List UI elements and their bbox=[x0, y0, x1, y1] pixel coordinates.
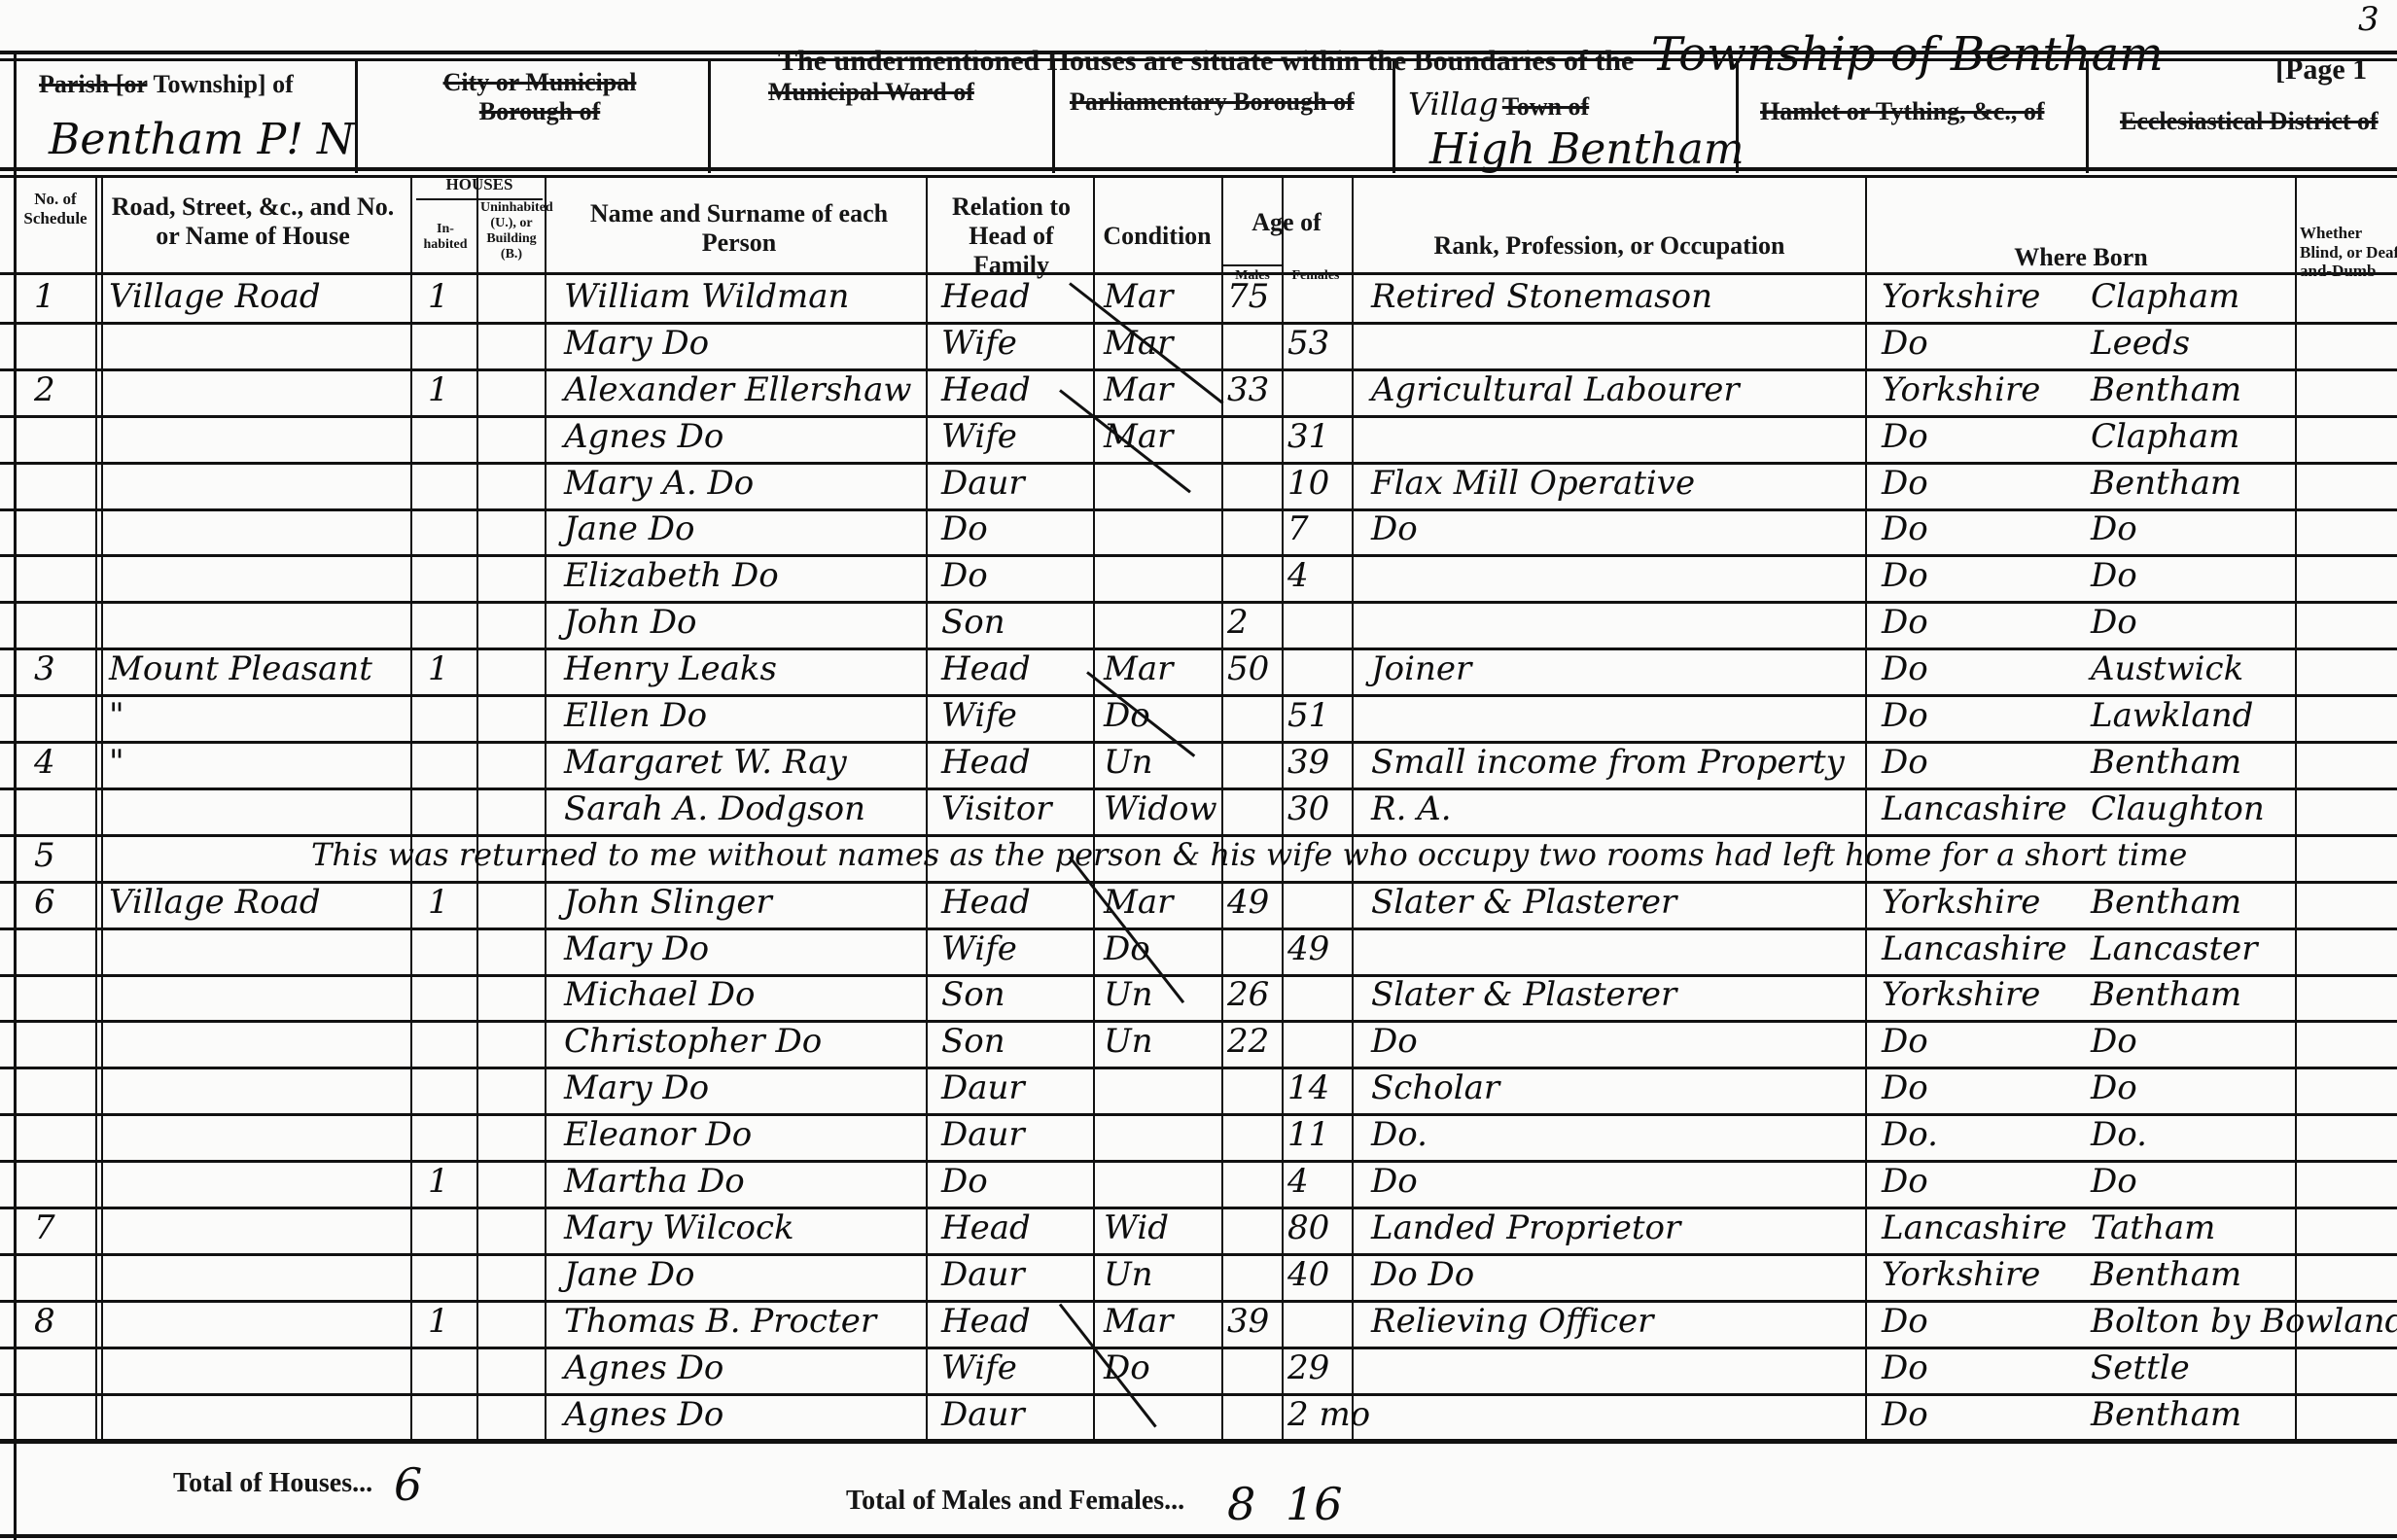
relation: Wife bbox=[941, 696, 1017, 735]
born-place: Do bbox=[2091, 1162, 2137, 1201]
born-county: Do bbox=[1882, 1022, 1928, 1061]
born-county: Do bbox=[1882, 1395, 1928, 1434]
inhabited-count: 1 bbox=[428, 277, 449, 316]
born-place: Do. bbox=[2091, 1115, 2147, 1154]
total-males-value: 8 bbox=[1227, 1478, 1255, 1530]
road-name: " bbox=[109, 743, 124, 782]
occupation: Do bbox=[1371, 1022, 1418, 1061]
born-county: Do bbox=[1882, 417, 1928, 456]
col-name: Name and Surname of each Person bbox=[554, 199, 924, 258]
relation: Son bbox=[941, 975, 1005, 1014]
born-place: Clapham bbox=[2091, 417, 2239, 456]
row-rule bbox=[0, 462, 2397, 465]
person-name: Agnes Do bbox=[564, 1348, 723, 1387]
born-place: Austwick bbox=[2091, 649, 2243, 688]
born-county: Do bbox=[1882, 1348, 1928, 1387]
occupation: Do Do bbox=[1371, 1255, 1474, 1294]
condition: Widow bbox=[1104, 789, 1217, 828]
column-rule bbox=[95, 178, 97, 1441]
col-uninhabited: Uninhabited (U.), or Building (B.) bbox=[480, 200, 543, 262]
born-place: Do bbox=[2091, 556, 2137, 595]
born-place: Bentham bbox=[2091, 743, 2241, 782]
col-road: Road, Street, &c., and No. or Name of Ho… bbox=[107, 192, 399, 251]
born-place: Lancaster bbox=[2091, 929, 2258, 968]
person-name: Martha Do bbox=[564, 1162, 745, 1201]
born-county: Do bbox=[1882, 1302, 1928, 1341]
person-name: Thomas B. Procter bbox=[564, 1302, 876, 1341]
schedule-note: This was returned to me without names as… bbox=[311, 836, 2187, 873]
schedule-number: 4 bbox=[34, 743, 55, 782]
born-county: Do bbox=[1882, 649, 1928, 688]
condition: Un bbox=[1104, 1022, 1153, 1061]
person-name: Alexander Ellershaw bbox=[564, 370, 912, 409]
occupation: Joiner bbox=[1371, 649, 1471, 688]
person-name: Mary Do bbox=[564, 929, 709, 968]
condition: Un bbox=[1104, 743, 1153, 782]
inhabited-count: 1 bbox=[428, 1302, 449, 1341]
town-value: High Bentham bbox=[1429, 124, 1745, 174]
condition: Wid bbox=[1104, 1208, 1169, 1247]
condition: Un bbox=[1104, 1255, 1153, 1294]
relation: Head bbox=[941, 370, 1031, 409]
person-name: Elizabeth Do bbox=[564, 556, 779, 595]
inhabited-count: 1 bbox=[428, 883, 449, 922]
row-rule bbox=[0, 1113, 2397, 1116]
col-inhabited: In-habited bbox=[416, 222, 475, 253]
row-rule bbox=[0, 1160, 2397, 1163]
schedule-number: 6 bbox=[34, 883, 55, 922]
female-age: 40 bbox=[1287, 1255, 1329, 1294]
born-place: Bentham bbox=[2091, 1255, 2241, 1294]
female-age: 39 bbox=[1287, 743, 1329, 782]
borough-label: City or Municipal Borough of bbox=[399, 68, 681, 126]
born-county: Do bbox=[1882, 696, 1928, 735]
inhabited-count: 1 bbox=[428, 649, 449, 688]
row-rule bbox=[0, 741, 2397, 744]
born-place: Bentham bbox=[2091, 464, 2241, 503]
hamlet-label: Hamlet or Tything, &c., of bbox=[1760, 97, 2044, 126]
female-age: 11 bbox=[1287, 1115, 1329, 1154]
born-county: Do. bbox=[1882, 1115, 1938, 1154]
born-place: Bentham bbox=[2091, 883, 2241, 922]
person-name: Henry Leaks bbox=[564, 649, 777, 688]
person-name: Mary A. Do bbox=[564, 464, 754, 503]
person-name: Mary Do bbox=[564, 324, 709, 363]
occupation: Scholar bbox=[1371, 1068, 1499, 1107]
col-schedule: No. of Schedule bbox=[16, 190, 95, 227]
col-houses: HOUSES bbox=[416, 175, 543, 194]
female-age: 31 bbox=[1287, 417, 1329, 456]
female-age: 49 bbox=[1287, 929, 1329, 968]
column-rule bbox=[476, 178, 478, 1441]
ecclesiastical-label: Ecclesiastical District of bbox=[2120, 107, 2379, 136]
occupation: Slater & Plasterer bbox=[1371, 975, 1676, 1014]
born-place: Clapham bbox=[2091, 277, 2239, 316]
row-rule bbox=[0, 694, 2397, 697]
parliamentary-label: Parliamentary Borough of bbox=[1070, 87, 1355, 117]
born-place: Settle bbox=[2091, 1348, 2190, 1387]
born-place: Claughton bbox=[2091, 789, 2265, 828]
inhabited-count: 1 bbox=[428, 1162, 449, 1201]
born-county: Do bbox=[1882, 509, 1928, 548]
schedule-number: 5 bbox=[34, 836, 55, 875]
female-age: 53 bbox=[1287, 324, 1329, 363]
relation: Do bbox=[941, 509, 988, 548]
occupation: Do bbox=[1371, 1162, 1418, 1201]
relation: Daur bbox=[941, 464, 1025, 503]
ward-label: Municipal Ward of bbox=[768, 78, 974, 107]
column-rule bbox=[2295, 178, 2297, 1441]
row-rule bbox=[0, 1347, 2397, 1349]
col-condition: Condition bbox=[1094, 222, 1220, 251]
row-rule bbox=[0, 1020, 2397, 1023]
born-county: Lancashire bbox=[1882, 789, 2067, 828]
relation: Head bbox=[941, 277, 1031, 316]
column-rule bbox=[1282, 178, 1284, 1441]
born-place: Lawkland bbox=[2091, 696, 2253, 735]
born-county: Yorkshire bbox=[1882, 370, 2040, 409]
born-county: Yorkshire bbox=[1882, 1255, 2040, 1294]
person-name: Sarah A. Dodgson bbox=[564, 789, 865, 828]
row-rule bbox=[0, 554, 2397, 557]
schedule-number: 2 bbox=[34, 370, 55, 409]
parish-value: Bentham P! N bbox=[49, 115, 354, 164]
born-place: Bentham bbox=[2091, 370, 2241, 409]
occupation: Do. bbox=[1371, 1115, 1428, 1154]
row-rule bbox=[0, 1067, 2397, 1069]
born-county: Do bbox=[1882, 1068, 1928, 1107]
male-age: 22 bbox=[1227, 1022, 1269, 1061]
occupation: Do bbox=[1371, 509, 1418, 548]
row-rule bbox=[0, 601, 2397, 604]
column-rule bbox=[1093, 178, 1095, 1441]
male-age: 39 bbox=[1227, 1302, 1269, 1341]
male-age: 26 bbox=[1227, 975, 1269, 1014]
relation: Daur bbox=[941, 1255, 1025, 1294]
born-place: Do bbox=[2091, 603, 2137, 642]
occupation: Landed Proprietor bbox=[1371, 1208, 1680, 1247]
row-rule bbox=[0, 508, 2397, 511]
column-rule bbox=[1352, 178, 1354, 1441]
female-age: 4 bbox=[1287, 1162, 1309, 1201]
occupation: Retired Stonemason bbox=[1371, 277, 1712, 316]
born-county: Do bbox=[1882, 743, 1928, 782]
male-age: 75 bbox=[1227, 277, 1269, 316]
born-county: Lancashire bbox=[1882, 929, 2067, 968]
born-county: Do bbox=[1882, 1162, 1928, 1201]
condition: Un bbox=[1104, 975, 1153, 1014]
column-rule bbox=[545, 178, 546, 1441]
born-county: Yorkshire bbox=[1882, 883, 2040, 922]
occupation: Agricultural Labourer bbox=[1371, 370, 1740, 409]
born-county: Do bbox=[1882, 464, 1928, 503]
road-name: Village Road bbox=[109, 883, 321, 922]
relation: Daur bbox=[941, 1115, 1025, 1154]
row-rule bbox=[0, 322, 2397, 325]
row-rule bbox=[0, 415, 2397, 418]
col-age: Age of bbox=[1223, 208, 1350, 237]
relation: Do bbox=[941, 556, 988, 595]
relation: Wife bbox=[941, 324, 1017, 363]
born-place: Bentham bbox=[2091, 975, 2241, 1014]
total-persons-label: Total of Males and Females... bbox=[846, 1486, 1184, 1517]
person-name: Ellen Do bbox=[564, 696, 707, 735]
female-age: 7 bbox=[1287, 509, 1309, 548]
banner: The undermentioned Houses are situate wi… bbox=[778, 27, 2164, 82]
born-county: Yorkshire bbox=[1882, 277, 2040, 316]
born-place: Do bbox=[2091, 1022, 2137, 1061]
schedule-number: 3 bbox=[34, 649, 55, 688]
female-age: 14 bbox=[1287, 1068, 1329, 1107]
female-age: 29 bbox=[1287, 1348, 1329, 1387]
col-blind: Whether Blind, or Deaf-and-Dumb bbox=[2300, 224, 2397, 281]
person-name: John Slinger bbox=[564, 883, 772, 922]
total-houses-label: Total of Houses... bbox=[173, 1468, 372, 1499]
person-name: Michael Do bbox=[564, 975, 755, 1014]
person-name: Christopher Do bbox=[564, 1022, 822, 1061]
road-name: Village Road bbox=[109, 277, 321, 316]
total-houses-value: 6 bbox=[394, 1458, 422, 1511]
person-name: Eleanor Do bbox=[564, 1115, 752, 1154]
occupation: R. A. bbox=[1371, 789, 1452, 828]
col-females: Females bbox=[1286, 268, 1346, 284]
born-place: Leeds bbox=[2091, 324, 2190, 363]
row-rule bbox=[0, 1440, 2397, 1443]
relation: Daur bbox=[941, 1395, 1025, 1434]
road-name: Mount Pleasant bbox=[109, 649, 372, 688]
male-age: 2 bbox=[1227, 603, 1249, 642]
born-place: Do bbox=[2091, 509, 2137, 548]
relation: Head bbox=[941, 1302, 1031, 1341]
condition: Mar bbox=[1104, 370, 1173, 409]
person-name: Jane Do bbox=[564, 509, 694, 548]
row-rule bbox=[0, 1300, 2397, 1303]
column-rule bbox=[926, 178, 928, 1441]
occupation: Slater & Plasterer bbox=[1371, 883, 1676, 922]
column-rule bbox=[101, 178, 103, 1441]
schedule-number: 7 bbox=[34, 1208, 55, 1247]
column-rule bbox=[410, 178, 412, 1441]
column-rule bbox=[1865, 178, 1867, 1441]
relation: Head bbox=[941, 883, 1031, 922]
female-age: 2 mo bbox=[1287, 1395, 1370, 1434]
born-county: Yorkshire bbox=[1882, 975, 2040, 1014]
person-name: Mary Do bbox=[564, 1068, 709, 1107]
person-name: Mary Wilcock bbox=[564, 1208, 794, 1247]
relation: Head bbox=[941, 743, 1031, 782]
census-page: 3 The undermentioned Houses are situate … bbox=[0, 0, 2397, 1540]
total-females-value: 16 bbox=[1286, 1478, 1343, 1530]
col-occupation: Rank, Profession, or Occupation bbox=[1357, 231, 1862, 261]
male-age: 50 bbox=[1227, 649, 1269, 688]
relation: Head bbox=[941, 1208, 1031, 1247]
occupation: Flax Mill Operative bbox=[1371, 464, 1695, 503]
born-county: Do bbox=[1882, 556, 1928, 595]
female-age: 51 bbox=[1287, 696, 1329, 735]
relation: Wife bbox=[941, 1348, 1017, 1387]
male-age: 33 bbox=[1227, 370, 1269, 409]
person-name: William Wildman bbox=[564, 277, 849, 316]
schedule-number: 1 bbox=[34, 277, 55, 316]
person-name: John Do bbox=[564, 603, 696, 642]
occupation: Small income from Property bbox=[1371, 743, 1845, 782]
col-relation: Relation to Head of Family bbox=[929, 192, 1094, 280]
parish-label: Parish [or Township] of bbox=[39, 70, 294, 99]
occupation: Relieving Officer bbox=[1371, 1302, 1653, 1341]
inhabited-count: 1 bbox=[428, 370, 449, 409]
born-county: Do bbox=[1882, 324, 1928, 363]
col-born: Where Born bbox=[1867, 243, 2295, 272]
born-place: Do bbox=[2091, 1068, 2137, 1107]
schedule-number: 8 bbox=[34, 1302, 55, 1341]
person-name: Jane Do bbox=[564, 1255, 694, 1294]
born-county: Do bbox=[1882, 603, 1928, 642]
relation: Head bbox=[941, 649, 1031, 688]
male-age: 49 bbox=[1227, 883, 1269, 922]
female-age: 30 bbox=[1287, 789, 1329, 828]
row-rule bbox=[0, 1393, 2397, 1396]
folio-number: 3 bbox=[2358, 0, 2379, 39]
female-age: 4 bbox=[1287, 556, 1309, 595]
relation: Wife bbox=[941, 417, 1017, 456]
female-age: 80 bbox=[1287, 1208, 1329, 1247]
town-label: Villag Town of bbox=[1408, 86, 1589, 122]
relation: Daur bbox=[941, 1068, 1025, 1107]
relation: Do bbox=[941, 1162, 988, 1201]
relation: Son bbox=[941, 603, 1005, 642]
person-name: Agnes Do bbox=[564, 1395, 723, 1434]
born-place: Bolton by Bowland bbox=[2091, 1302, 2397, 1341]
person-name: Agnes Do bbox=[564, 417, 723, 456]
condition: Mar bbox=[1104, 1302, 1173, 1341]
female-age: 10 bbox=[1287, 464, 1329, 503]
born-place: Tatham bbox=[2091, 1208, 2215, 1247]
condition: Mar bbox=[1104, 649, 1173, 688]
born-place: Bentham bbox=[2091, 1395, 2241, 1434]
person-name: Margaret W. Ray bbox=[564, 743, 847, 782]
relation: Son bbox=[941, 1022, 1005, 1061]
relation: Wife bbox=[941, 929, 1017, 968]
condition: Mar bbox=[1104, 277, 1173, 316]
road-name: " bbox=[109, 696, 124, 735]
born-county: Lancashire bbox=[1882, 1208, 2067, 1247]
relation: Visitor bbox=[941, 789, 1052, 828]
column-rule bbox=[1221, 178, 1223, 1441]
